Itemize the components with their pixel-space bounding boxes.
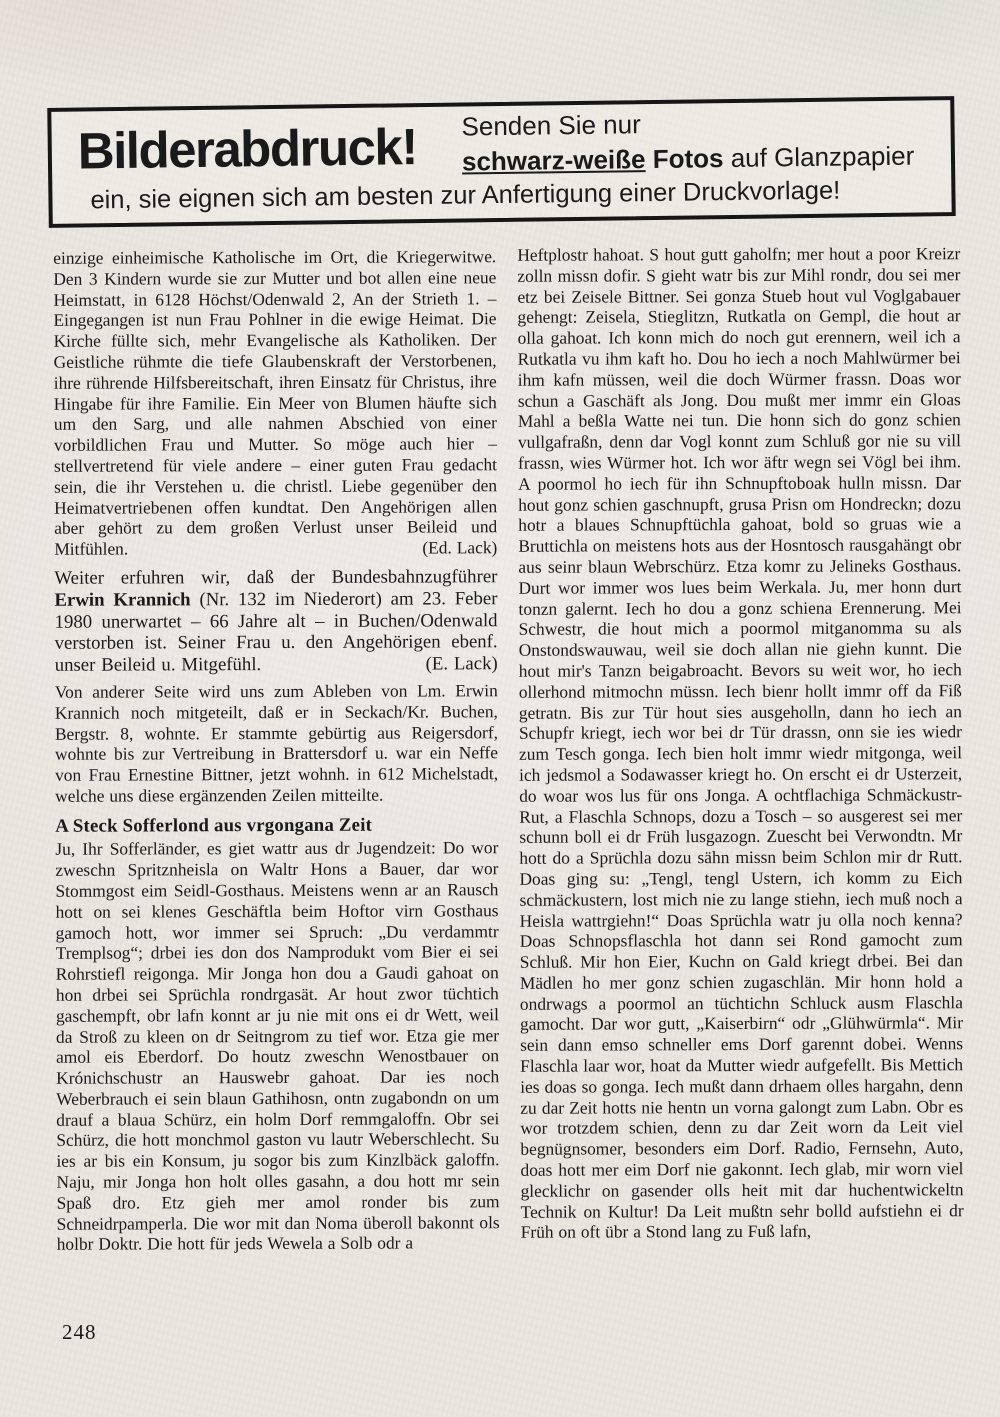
signature-ed-lack: (Ed. Lack)	[422, 537, 497, 558]
ad-bold-underlined-text: schwarz-weiße	[462, 144, 646, 176]
dialect-paragraph-left: Ju, Ihr Sofferländer, es giet wattr aus …	[55, 838, 499, 1255]
ad-bold-text: Fotos	[653, 143, 724, 174]
obituary-paragraph-2-lead: Weiter erfuhren wir, daß der Bundesbahnz…	[54, 566, 497, 589]
document-page: Bilderabdruck! Senden Sie nur schwarz-we…	[0, 0, 1000, 1417]
right-column: Heftplostr hahoat. S hout gutt gaholfn; …	[517, 243, 963, 1243]
obituary-paragraph-1: einzige einheimische Katholische im Ort,…	[53, 246, 497, 559]
ad-line-bottom: ein, sie eignen sich am besten zur Anfer…	[90, 177, 840, 216]
page-number: 248	[62, 1320, 97, 1345]
dialect-section-heading: A Steck Sofferlond aus vrgongana Zeit	[55, 814, 498, 837]
deceased-name: Erwin Krannich	[54, 589, 190, 610]
ad-regular-text: auf Glanzpapier	[731, 141, 915, 173]
dialect-paragraph-right: Heftplostr hahoat. S hout gutt gaholfn; …	[517, 243, 963, 1243]
ad-box: Bilderabdruck! Senden Sie nur schwarz-we…	[47, 96, 955, 228]
ad-line-top: Senden Sie nur	[461, 109, 641, 142]
signature-e-lack: (E. Lack)	[426, 653, 498, 675]
left-column: einzige einheimische Katholische im Ort,…	[53, 246, 500, 1255]
ad-line-middle: schwarz-weiße Fotos auf Glanzpapier	[462, 141, 915, 178]
obituary-paragraph-2: Weiter erfuhren wir, daß der Bundesbahnz…	[54, 566, 497, 677]
obituary-paragraph-1-text: einzige einheimische Katholische im Ort,…	[53, 246, 497, 559]
obituary-paragraph-3: Von anderer Seite wird uns zum Ableben v…	[55, 680, 498, 806]
ad-headline: Bilderabdruck!	[77, 121, 417, 176]
